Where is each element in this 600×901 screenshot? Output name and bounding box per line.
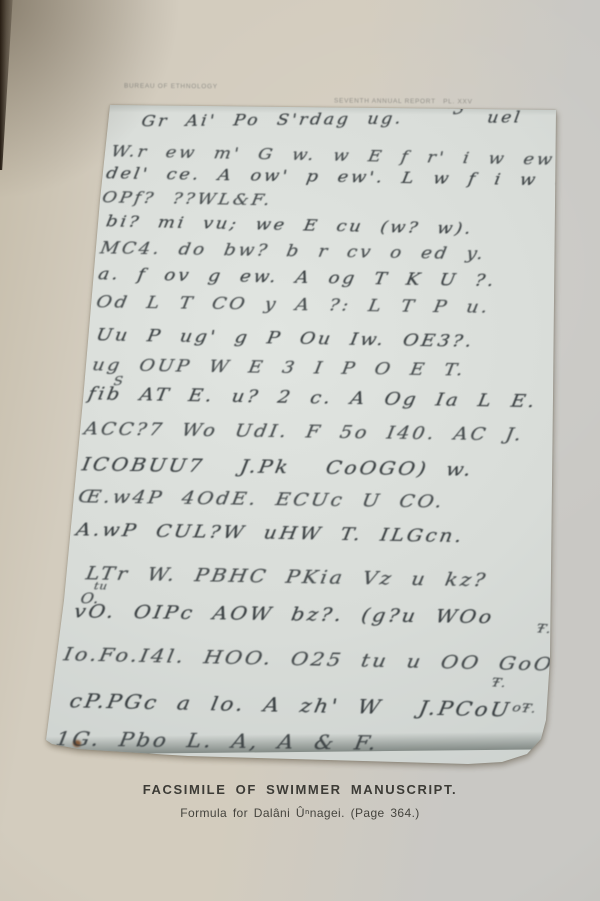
manuscript-line: vO. OIPc AOW bz?. (g?u WOo (72, 601, 495, 628)
manuscript-line: MC4. do bw? b r cv o ed y. (99, 239, 487, 264)
facsimile-plate: Gr Ai' Po S'rdag ug. uelW.r ew m' G w. w… (38, 98, 560, 768)
manuscript-annotation: Ŧ. (490, 676, 508, 691)
manuscript-line: Uu P ug' g P Ou Iw. OE3?. (95, 326, 476, 352)
manuscript-line: bi? mi vu; we E cu (w? w). (105, 212, 475, 238)
manuscript-line: Od L T CO y A ?: L T P u. (95, 293, 492, 317)
caption-subtitle: Formula for Dalâni Ûⁿnagei. (Page 364.) (0, 806, 600, 820)
manuscript-line: cP.PGc a lo. A zh' W J.PCoU (68, 689, 514, 721)
manuscript-line: Œ.w4P 4OdE. ECUc U CO. (77, 487, 447, 512)
caption-title: FACSIMILE OF SWIMMER MANUSCRIPT. (0, 782, 600, 797)
manuscript-line: LTr W. PBHC PKia Vz u kz? (84, 563, 489, 591)
manuscript-line: Io.Fo.I4l. HOO. O25 tu u OO GoOO (62, 643, 576, 675)
manuscript-line: ACC?7 Wo UdI. F 5o I40. AC J. (83, 419, 526, 445)
plate-caption: FACSIMILE OF SWIMMER MANUSCRIPT. Formula… (0, 782, 600, 820)
manuscript-line: ICOBUU7 J.Pk CoOGO) w. (80, 454, 475, 480)
manuscript-annotation: oŦ. (511, 701, 538, 717)
book-binding-edge (0, 0, 18, 170)
manuscript-line: Gr Ai' Po S'rdag ug. uel (140, 108, 523, 130)
manuscript-line: fib AT E. u? 2 c. A Og Ia L E. (86, 384, 538, 412)
manuscript-annotation: Ŧ. (535, 622, 553, 637)
manuscript-photo: Gr Ai' Po S'rdag ug. uelW.r ew m' G w. w… (38, 98, 560, 768)
manuscript-line: ug OUP W E 3 I P O E T. (91, 356, 467, 380)
running-header-left: BUREAU OF ETHNOLOGY (124, 83, 218, 91)
book-page-photo: BUREAU OF ETHNOLOGY SEVENTH ANNUAL REPOR… (0, 0, 600, 901)
manuscript-line: 1G. Pbo L. A, A & F. (54, 727, 380, 754)
manuscript-line: A.wP CUL?W uHW T. ILGcn. (74, 520, 465, 547)
manuscript-annotation: O. (79, 590, 100, 607)
manuscript-line: a. f ov g ew. A og T K U ?. (97, 265, 498, 291)
manuscript-annotation: S (113, 374, 124, 389)
manuscript-line: OPf? ??WL&F. (101, 188, 274, 209)
